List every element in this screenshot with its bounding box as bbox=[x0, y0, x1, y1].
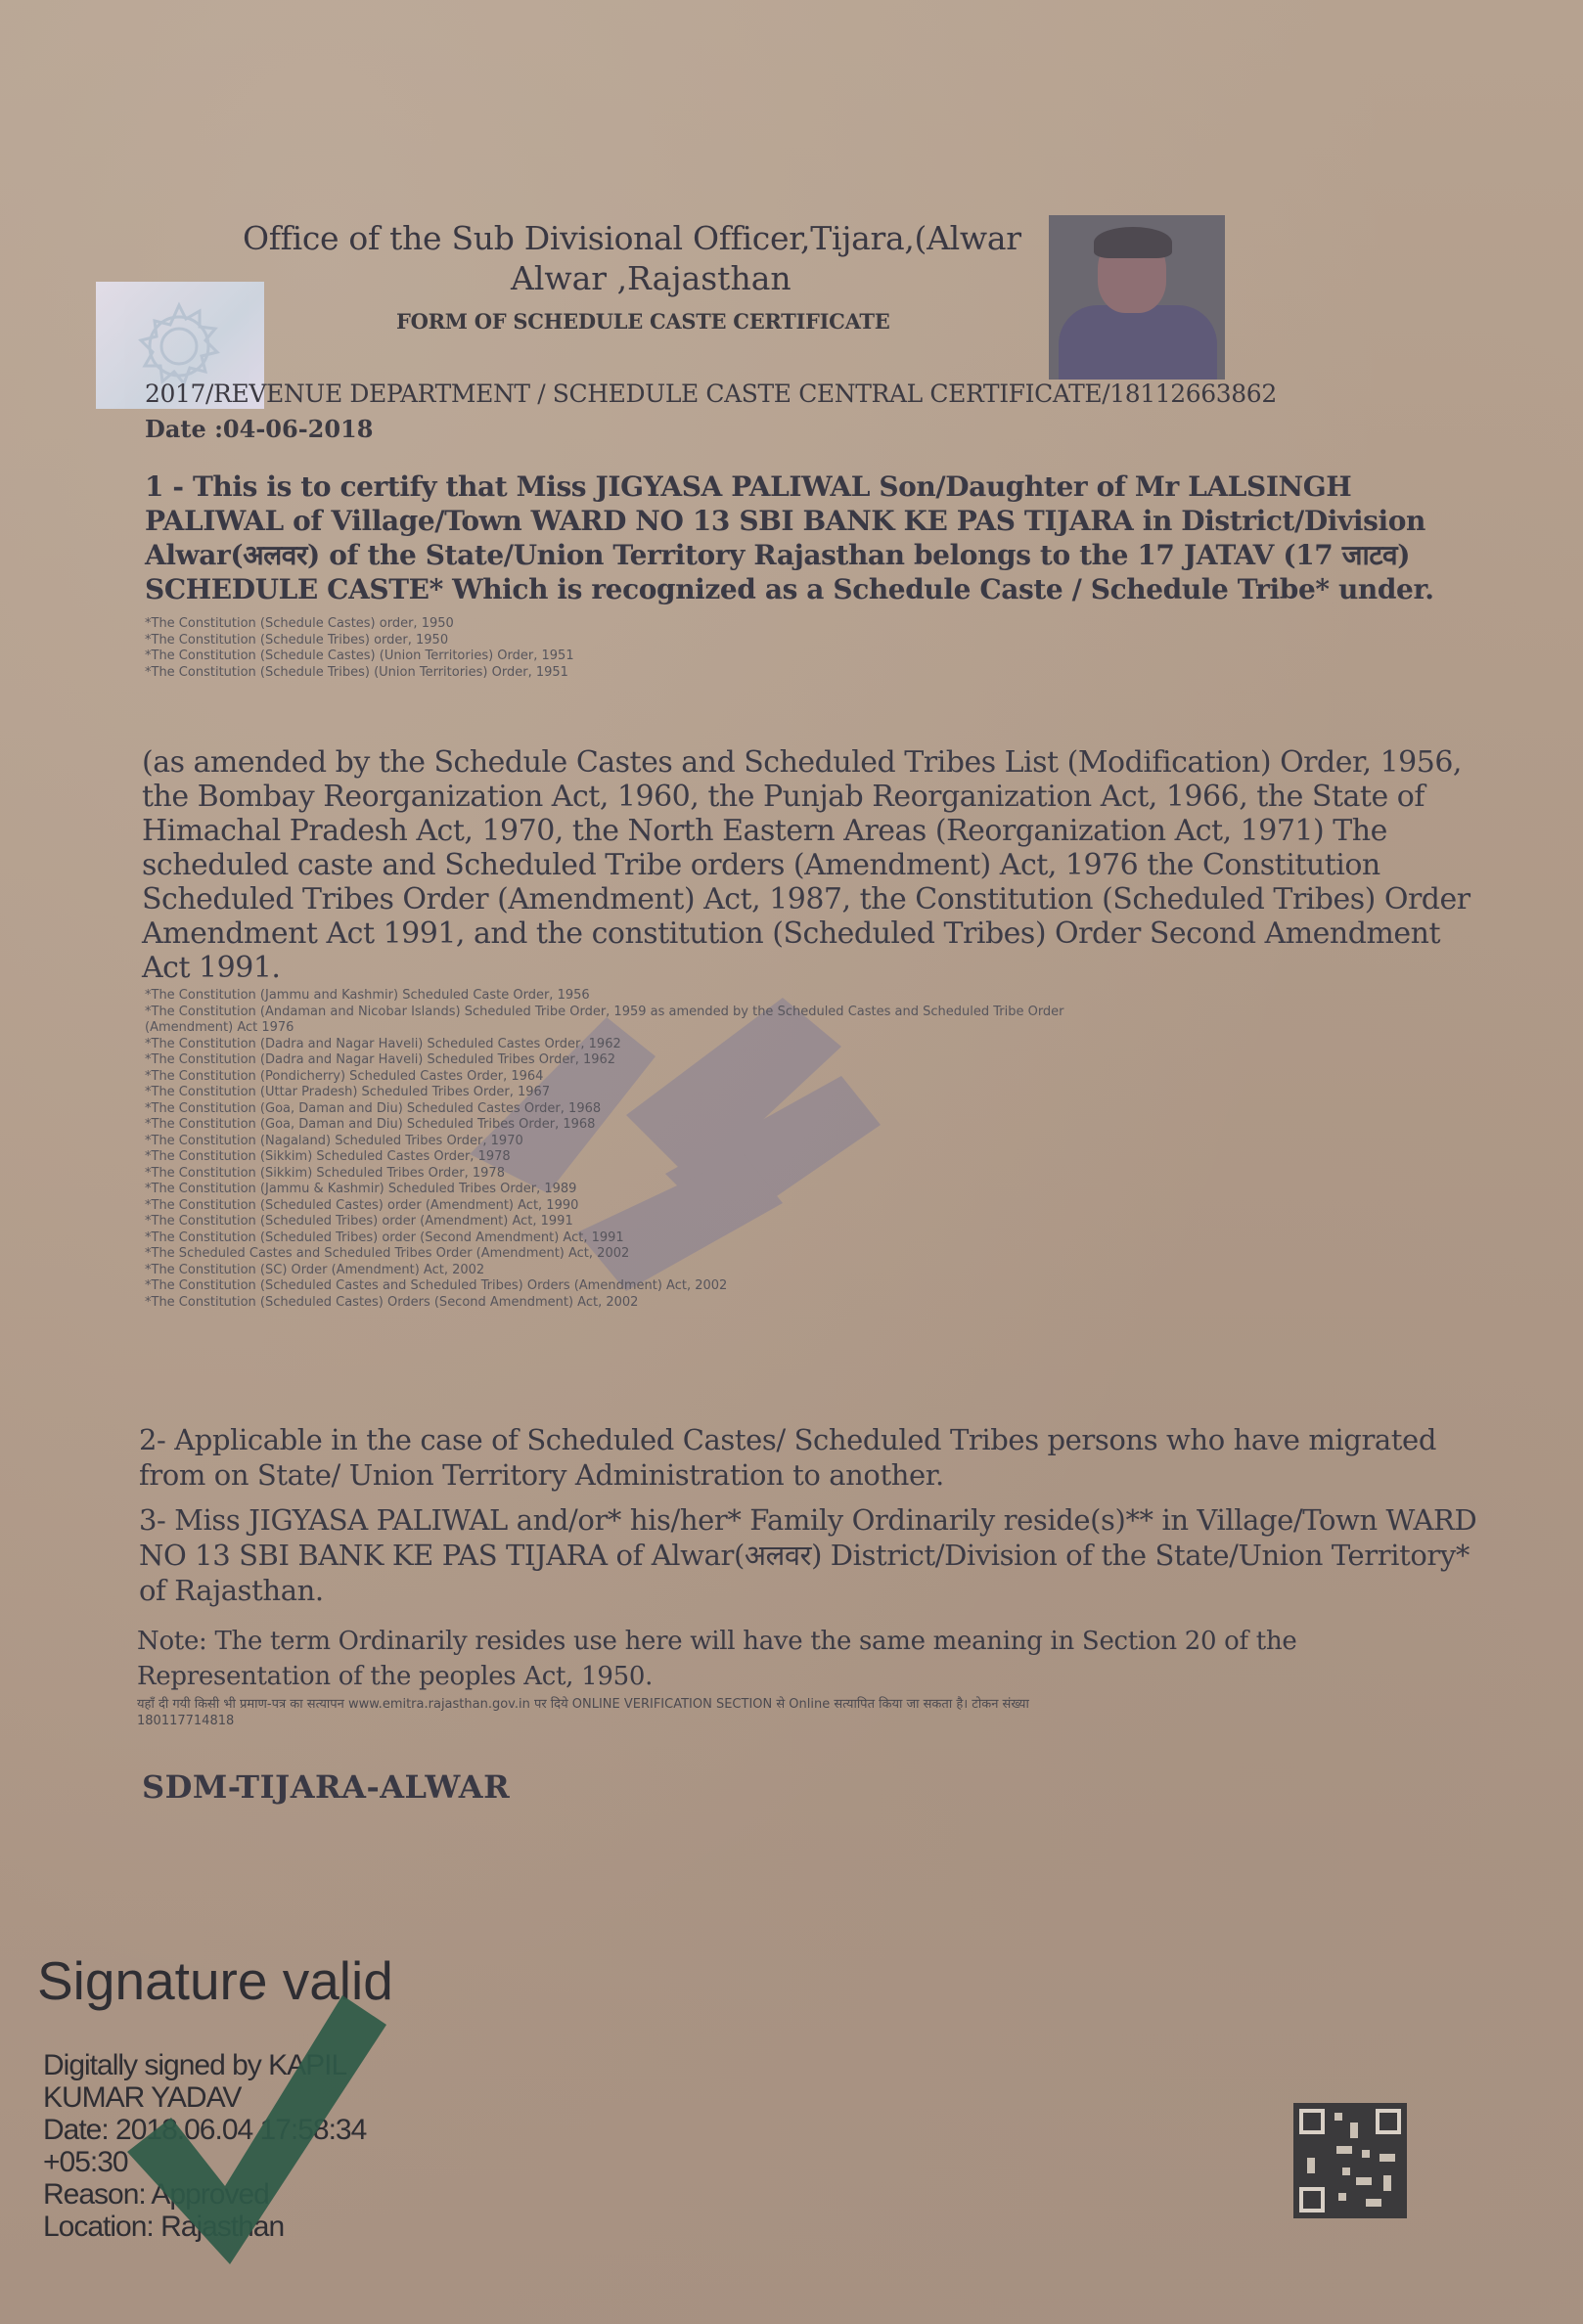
order-item: *The Constitution (Scheduled Tribes) ord… bbox=[145, 1214, 1064, 1230]
order-item: *The Constitution (Andaman and Nicobar I… bbox=[145, 1005, 1064, 1021]
order-item: *The Constitution (Schedule Tribes) orde… bbox=[145, 633, 574, 649]
order-item: *The Constitution (SC) Order (Amendment)… bbox=[145, 1263, 1064, 1279]
order-item: *The Constitution (Dadra and Nagar Havel… bbox=[145, 1052, 1064, 1069]
qr-module bbox=[1379, 2154, 1395, 2162]
order-item: *The Constitution (Scheduled Tribes) ord… bbox=[145, 1230, 1064, 1247]
qr-module bbox=[1334, 2113, 1342, 2121]
qr-module bbox=[1356, 2177, 1372, 2185]
order-item: *The Scheduled Castes and Scheduled Trib… bbox=[145, 1246, 1064, 1263]
online-verification-note: यहाँ दी गयी किसी भी प्रमाण-पत्र का सत्या… bbox=[137, 1696, 1487, 1729]
certification-paragraph: 1 - This is to certify that Miss JIGYASA… bbox=[145, 469, 1475, 606]
order-item: *The Constitution (Schedule Tribes) (Uni… bbox=[145, 665, 574, 682]
order-item: (Amendment) Act 1976 bbox=[145, 1020, 1064, 1037]
applicant-photo bbox=[1049, 215, 1225, 380]
orders-list-2: *The Constitution (Jammu and Kashmir) Sc… bbox=[145, 988, 1064, 1311]
photo-body bbox=[1059, 305, 1217, 380]
migration-paragraph: 2- Applicable in the case of Scheduled C… bbox=[139, 1422, 1489, 1493]
form-title: FORM OF SCHEDULE CASTE CERTIFICATE bbox=[396, 309, 889, 334]
checkmark-icon bbox=[117, 1981, 391, 2274]
order-item: *The Constitution (Pondicherry) Schedule… bbox=[145, 1069, 1064, 1086]
qr-module bbox=[1350, 2123, 1358, 2138]
office-location: Alwar ,Rajasthan bbox=[511, 259, 791, 297]
order-item: *The Constitution (Nagaland) Scheduled T… bbox=[145, 1134, 1064, 1150]
residence-paragraph: 3- Miss JIGYASA PALIWAL and/or* his/her*… bbox=[139, 1502, 1489, 1608]
order-item: *The Constitution (Sikkim) Scheduled Cas… bbox=[145, 1149, 1064, 1166]
order-item: *The Constitution (Schedule Castes) (Uni… bbox=[145, 648, 574, 665]
qr-finder bbox=[1376, 2109, 1401, 2134]
qr-module bbox=[1366, 2199, 1381, 2207]
order-item: *The Constitution (Dadra and Nagar Havel… bbox=[145, 1037, 1064, 1053]
qr-module bbox=[1336, 2146, 1352, 2154]
token-number: 180117714818 bbox=[137, 1713, 1487, 1729]
order-item: *The Constitution (Uttar Pradesh) Schedu… bbox=[145, 1085, 1064, 1101]
qr-module bbox=[1342, 2168, 1350, 2175]
amendment-paragraph: (as amended by the Schedule Castes and S… bbox=[142, 745, 1492, 985]
photo-hair bbox=[1094, 227, 1172, 258]
verification-text: यहाँ दी गयी किसी भी प्रमाण-पत्र का सत्या… bbox=[137, 1696, 1487, 1713]
order-item: *The Constitution (Scheduled Castes and … bbox=[145, 1278, 1064, 1295]
qr-module bbox=[1307, 2158, 1315, 2173]
order-item: *The Constitution (Scheduled Castes) Ord… bbox=[145, 1295, 1064, 1312]
order-item: *The Constitution (Scheduled Castes) ord… bbox=[145, 1198, 1064, 1215]
order-item: *The Constitution (Sikkim) Scheduled Tri… bbox=[145, 1166, 1064, 1183]
qr-finder bbox=[1299, 2187, 1325, 2212]
note-text: Note: The term Ordinarily resides use he… bbox=[137, 1624, 1487, 1694]
qr-module bbox=[1338, 2193, 1346, 2201]
order-item: *The Constitution (Goa, Daman and Diu) S… bbox=[145, 1117, 1064, 1134]
orders-list-1: *The Constitution (Schedule Castes) orde… bbox=[145, 616, 574, 681]
order-item: *The Constitution (Jammu and Kashmir) Sc… bbox=[145, 988, 1064, 1005]
office-title: Office of the Sub Divisional Officer,Tij… bbox=[243, 219, 1021, 257]
certificate-reference-number: 2017/REVENUE DEPARTMENT / SCHEDULE CASTE… bbox=[145, 380, 1277, 408]
qr-finder bbox=[1299, 2109, 1325, 2134]
qr-module bbox=[1383, 2175, 1391, 2191]
qr-code-icon bbox=[1293, 2103, 1407, 2218]
order-item: *The Constitution (Goa, Daman and Diu) S… bbox=[145, 1101, 1064, 1118]
certificate-date: Date :04-06-2018 bbox=[145, 415, 373, 443]
qr-module bbox=[1362, 2150, 1370, 2158]
issuing-office: SDM-TIJARA-ALWAR bbox=[142, 1768, 510, 1806]
order-item: *The Constitution (Jammu & Kashmir) Sche… bbox=[145, 1182, 1064, 1198]
order-item: *The Constitution (Schedule Castes) orde… bbox=[145, 616, 574, 633]
